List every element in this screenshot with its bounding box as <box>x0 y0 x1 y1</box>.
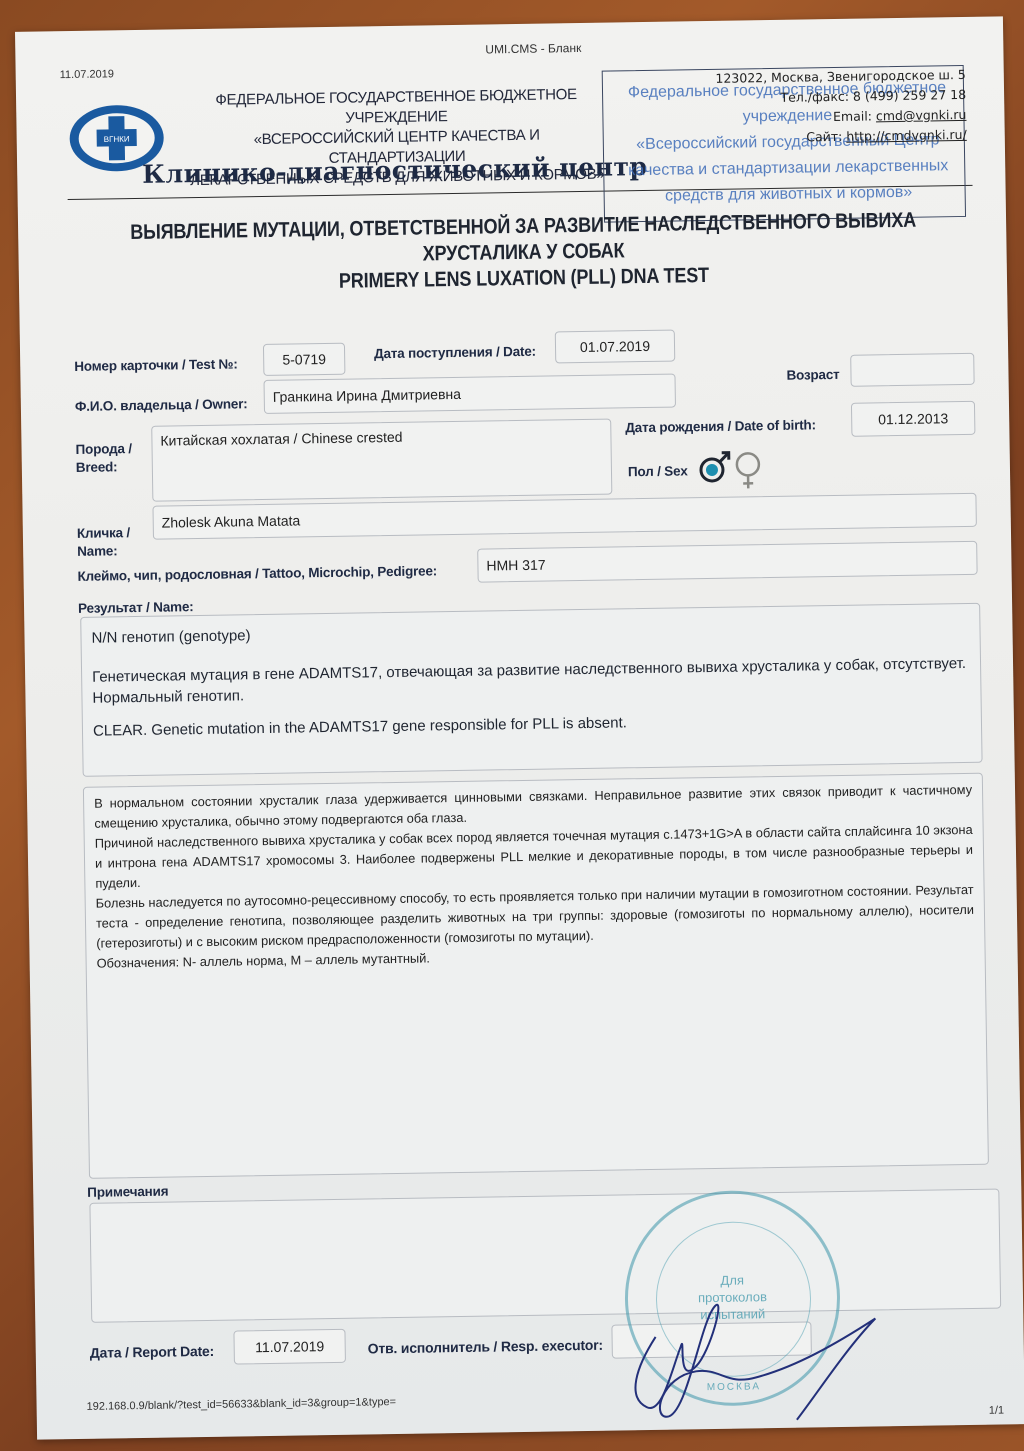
contact-info: 123022, Москва, Звенигородское ш. 5 Тел.… <box>656 65 967 150</box>
dog-name-label: Кличка / Name: <box>77 524 131 561</box>
breed-label: Порода / Breed: <box>75 440 132 477</box>
signature-icon <box>625 1273 887 1427</box>
test-no-label: Номер карточки / Test №: <box>74 356 238 374</box>
owner-label: Ф.И.О. владельца / Owner: <box>75 396 248 414</box>
date-received-field[interactable]: 01.07.2019 <box>555 330 675 364</box>
female-symbol-icon <box>734 450 763 490</box>
page-number: 1/1 <box>989 1404 1004 1416</box>
sex-label: Пол / Sex <box>628 463 688 479</box>
tattoo-field[interactable]: HMH 317 <box>477 541 977 583</box>
print-date: 11.07.2019 <box>60 68 114 81</box>
tattoo-label: Клеймо, чип, родословная / Tattoo, Micro… <box>77 563 437 584</box>
report-date-field[interactable]: 11.07.2019 <box>233 1329 346 1365</box>
result-label: Результат / Name: <box>78 599 194 616</box>
dog-name-field[interactable]: Zholesk Akuna Matata <box>152 493 976 540</box>
sex-radio-male[interactable] <box>698 451 733 491</box>
breed-field[interactable]: Китайская хохлатая / Chinese crested <box>151 419 612 502</box>
result-genotype: N/N генотип (genotype) <box>91 614 969 649</box>
male-symbol-icon <box>698 451 733 486</box>
svg-text:ВГНКИ: ВГНКИ <box>104 135 130 144</box>
result-ru-text: Генетическая мутация в гене ADAMTS17, от… <box>92 653 971 709</box>
notes-label: Примечания <box>87 1184 168 1200</box>
date-received-label: Дата поступления / Date: <box>374 344 536 362</box>
page-title: ВЫЯВЛЕНИЕ МУТАЦИИ, ОТВЕТСТВЕННОЙ ЗА РАЗВ… <box>123 208 924 299</box>
result-box[interactable]: N/N генотип (genotype) Генетическая мута… <box>80 603 982 777</box>
age-field[interactable] <box>850 353 974 387</box>
print-title: UMI.CMS - Бланк <box>485 41 581 57</box>
sex-radio-female[interactable] <box>734 450 763 495</box>
description-box[interactable]: В нормальном состоянии хрусталик глаза у… <box>83 773 989 1179</box>
age-label: Возраст <box>786 367 839 383</box>
email-link[interactable]: cmd@vgnki.ru <box>876 107 967 123</box>
result-en-text: CLEAR. Genetic mutation in the ADAMTS17 … <box>93 707 971 742</box>
print-url: 192.168.0.9/blank/?test_id=56633&blank_i… <box>87 1396 397 1413</box>
owner-field[interactable]: Гранкина Ирина Дмитриевна <box>264 374 676 414</box>
report-date-label: Дата / Report Date: <box>90 1343 215 1361</box>
dob-label: Дата рождения / Date of birth: <box>625 417 816 435</box>
org-line-1: ФЕДЕРАЛЬНОЕ ГОСУДАРСТВЕННОЕ БЮДЖЕТНОЕ УЧ… <box>186 85 607 132</box>
executor-label: Отв. исполнитель / Resp. executor: <box>368 1337 603 1357</box>
document-page: 11.07.2019 UMI.CMS - Бланк ВГНКИ ФЕДЕРАЛ… <box>15 16 1024 1439</box>
dob-field[interactable]: 01.12.2013 <box>851 401 976 437</box>
test-no-field[interactable]: 5-0719 <box>263 343 345 376</box>
site-link[interactable]: http://cmdvgnki.ru/ <box>846 127 967 144</box>
